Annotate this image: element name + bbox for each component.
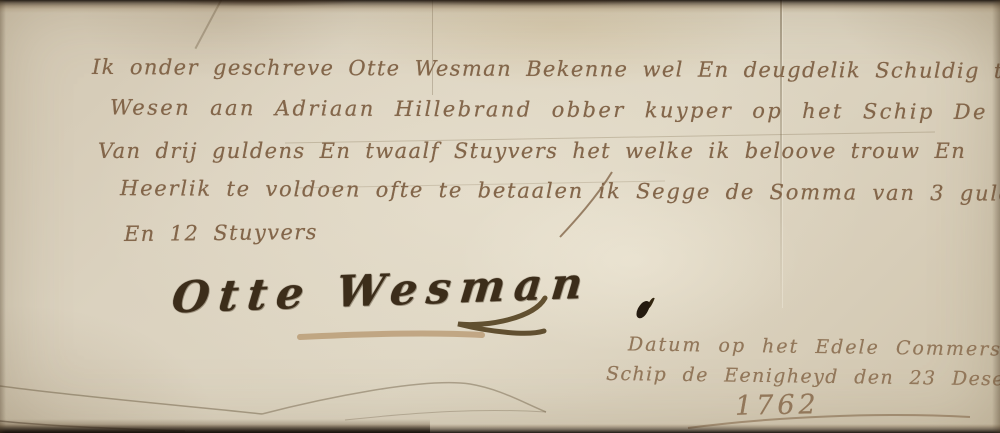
dateline-year: 1762 <box>735 389 820 421</box>
paper-left-edge <box>0 0 6 433</box>
paper-right-edge <box>992 0 1000 433</box>
manuscript-scan: Ik onder geschreve Otte Wesman Bekenne w… <box>0 0 1000 433</box>
body-line-5: En 12 Stuyvers <box>124 220 318 246</box>
body-line-3: Van drij guldens En twaalf Stuyvers het … <box>98 139 966 163</box>
paper-top-edge-blotch <box>150 0 710 11</box>
paper-bottom-left-edge <box>0 419 430 433</box>
body-line-1: Ik onder geschreve Otte Wesman Bekenne w… <box>92 55 1000 83</box>
